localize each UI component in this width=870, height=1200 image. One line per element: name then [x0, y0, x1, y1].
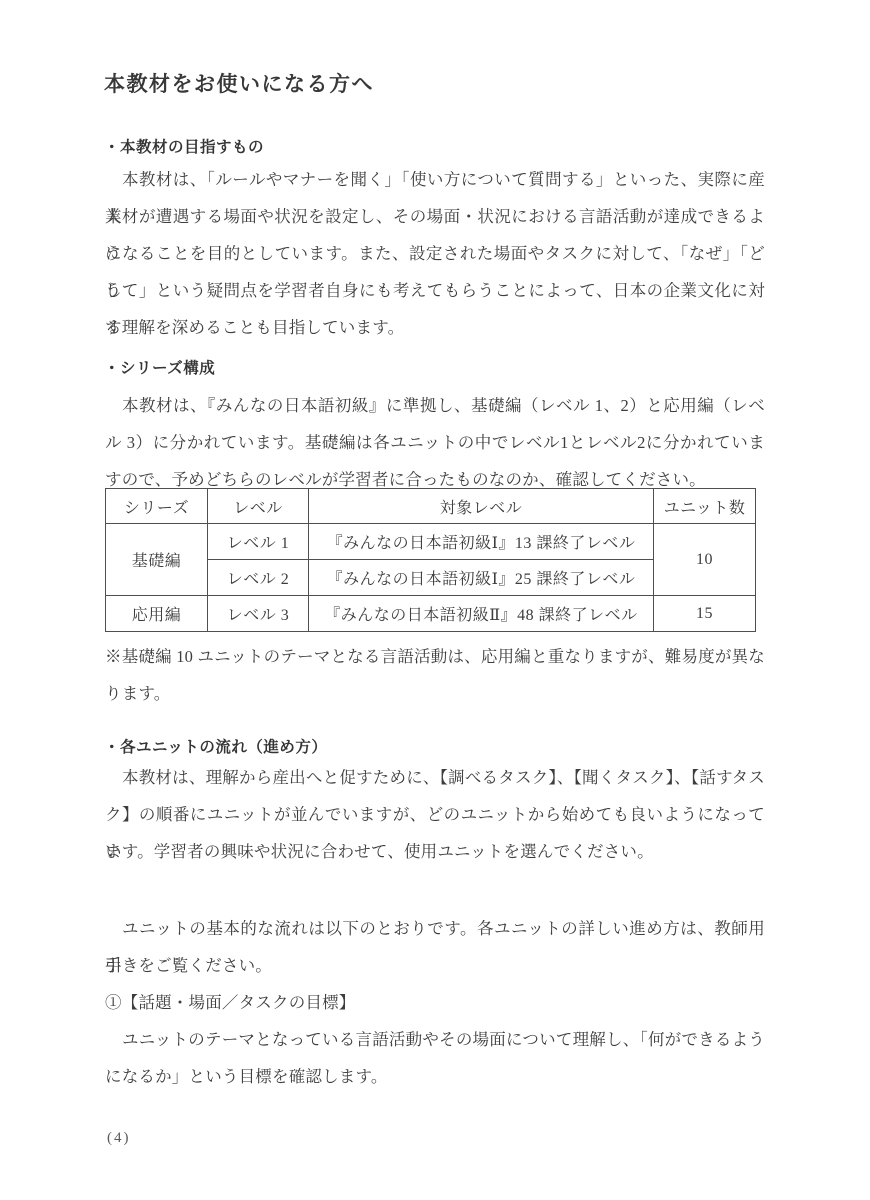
table-cell-level-1: レベル 1	[208, 524, 309, 560]
note-line: ※基礎編 10 ユニットのテーマとなる言語活動は、応用編と重なりますが、難易度が…	[105, 638, 765, 675]
table-cell-units-basic: 10	[654, 524, 756, 596]
table-cell-target-3: 『みんなの日本語初級Ⅱ』48 課終了レベル	[309, 596, 654, 632]
paragraph-line: ク】の順番にユニットが並んでいますが、どのユニットから始めても良いようになってい	[105, 796, 765, 833]
paragraph-line: になることを目的としています。また、設定された場面やタスクに対して、「なぜ」「ど…	[105, 235, 765, 272]
section-heading-flow: ・各ユニットの流れ（進め方）	[104, 738, 327, 758]
step-1-label: ①【話題・場面／タスクの目標】	[105, 984, 765, 1021]
table-cell-level-3: レベル 3	[208, 596, 309, 632]
table-row: 応用編 レベル 3 『みんなの日本語初級Ⅱ』48 課終了レベル 15	[106, 596, 756, 632]
paragraph-line: 引きをご覧ください。	[105, 947, 765, 984]
table-header-unit-count: ユニット数	[654, 489, 756, 524]
note-line: ります。	[105, 675, 765, 712]
paragraph-series: 本教材は、『みんなの日本語初級』に準拠し、基礎編（レベル 1、2）と応用編（レベ…	[105, 387, 765, 498]
section-heading-aims: ・本教材の目指すもの	[104, 138, 264, 158]
table-cell-series-applied: 応用編	[106, 596, 208, 632]
paragraph-line: 本教材は、『みんなの日本語初級』に準拠し、基礎編（レベル 1、2）と応用編（レベ	[105, 387, 765, 424]
table-note: ※基礎編 10 ユニットのテーマとなる言語活動は、応用編と重なりますが、難易度が…	[105, 638, 765, 712]
paragraph-line: 本教材は、理解から産出へと促すために、【調べるタスク】、【聞くタスク】、【話すタ…	[105, 759, 765, 796]
document-page: 本教材をお使いになる方へ ・本教材の目指すもの 本教材は、「ルールやマナーを聞く…	[0, 0, 870, 1200]
paragraph-line: ユニットの基本的な流れは以下のとおりです。各ユニットの詳しい進め方は、教師用手	[105, 910, 765, 947]
paragraph-line: して」という疑問点を学習者自身にも考えてもらうことによって、日本の企業文化に対す	[105, 272, 765, 309]
paragraph-line: ます。学習者の興味や状況に合わせて、使用ユニットを選んでください。	[105, 833, 765, 870]
table-header-target-level: 対象レベル	[309, 489, 654, 524]
table-cell-series-basic: 基礎編	[106, 524, 208, 596]
paragraph-line: る理解を深めることも目指しています。	[105, 309, 765, 346]
paragraph-line: ル 3）に分かれています。基礎編は各ユニットの中でレベル1とレベル2に分かれてい…	[105, 424, 765, 461]
paragraph-aims: 本教材は、「ルールやマナーを聞く」「使い方について質問する」といった、実際に産業…	[105, 161, 765, 346]
paragraph-line: 人材が遭遇する場面や状況を設定し、その場面・状況における言語活動が達成できるよう	[105, 198, 765, 235]
table-header-row: シリーズ レベル 対象レベル ユニット数	[106, 489, 756, 524]
table-header-series: シリーズ	[106, 489, 208, 524]
section-heading-series: ・シリーズ構成	[104, 359, 215, 379]
table-header-level: レベル	[208, 489, 309, 524]
table-cell-target-1: 『みんなの日本語初級Ⅰ』13 課終了レベル	[309, 524, 654, 560]
paragraph-line: 本教材は、「ルールやマナーを聞く」「使い方について質問する」といった、実際に産業	[105, 161, 765, 198]
series-table: シリーズ レベル 対象レベル ユニット数 基礎編 レベル 1 『みんなの日本語初…	[105, 488, 756, 632]
table-cell-units-applied: 15	[654, 596, 756, 632]
paragraph-steps: ユニットの基本的な流れは以下のとおりです。各ユニットの詳しい進め方は、教師用手 …	[105, 910, 765, 1095]
table-cell-target-2: 『みんなの日本語初級Ⅰ』25 課終了レベル	[309, 560, 654, 596]
paragraph-flow: 本教材は、理解から産出へと促すために、【調べるタスク】、【聞くタスク】、【話すタ…	[105, 759, 765, 870]
page-number: (4)	[107, 1126, 131, 1150]
paragraph-line: ユニットのテーマとなっている言語活動やその場面について理解し、「何ができるよう	[105, 1021, 765, 1058]
page-title: 本教材をお使いになる方へ	[104, 70, 374, 100]
paragraph-line: になるか」という目標を確認します。	[105, 1058, 765, 1095]
table-cell-level-2: レベル 2	[208, 560, 309, 596]
table-row: 基礎編 レベル 1 『みんなの日本語初級Ⅰ』13 課終了レベル 10	[106, 524, 756, 560]
